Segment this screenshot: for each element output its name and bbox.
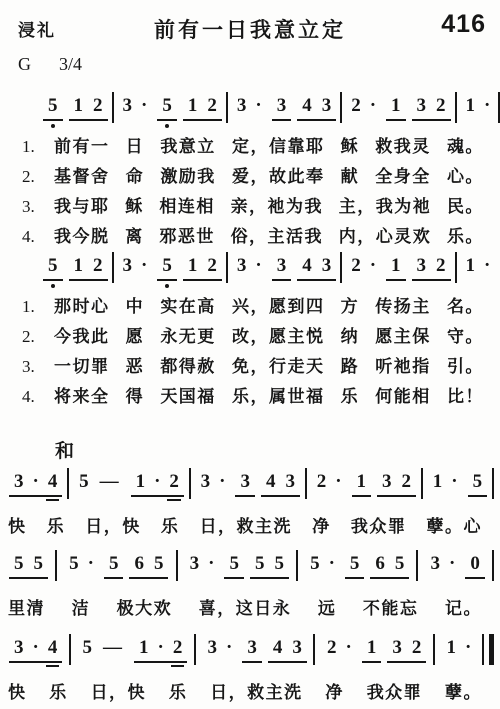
page-title: 前有一日我意立定 (0, 10, 500, 44)
note-group: 5 (104, 552, 124, 579)
note: 5 (43, 254, 63, 277)
hymn-number: 416 (441, 10, 486, 39)
note: 1 (461, 254, 481, 277)
note: 1 (461, 94, 481, 117)
verse-lyrics: 一切罪恶都得赦免，行走天路听祂指引。 (54, 352, 484, 377)
barline (421, 468, 423, 499)
barline (313, 634, 315, 665)
note-group: 1·2 (131, 470, 184, 497)
note: 3 (185, 552, 205, 575)
note: 4 (261, 470, 281, 493)
note: 1 (362, 636, 382, 659)
note: 2 (431, 254, 451, 277)
lyric-segment: 改，愿主悦 (232, 322, 325, 347)
chorus-label: 和 (0, 436, 500, 462)
note: 5 (64, 552, 84, 575)
note-group: 3 (235, 470, 255, 497)
note-group: 55 (250, 552, 289, 579)
verse-row: 4.我今脱离邪恶世俗，主活我内，心灵欢乐。 (0, 222, 500, 252)
lyric-segment: 相连相 (159, 192, 215, 217)
verse-lyrics: 将来全得天国福乐，属世福乐何能相比！ (54, 382, 484, 407)
verse-number: 1. (22, 297, 54, 317)
verse-lyrics: 前有一日我意立定，信靠耶稣救我灵魂。 (54, 132, 484, 157)
note-group: 3· (232, 94, 266, 117)
note-group: 1 (362, 636, 382, 663)
note: 2 (164, 470, 184, 493)
verse-block: 1.前有一日我意立定，信靠耶稣救我灵魂。2.基督舍命激励我爱，故此奉献全身全心。… (0, 132, 500, 252)
note: 2 (88, 254, 108, 277)
note: 1 (134, 636, 154, 659)
note-group: 12 (183, 94, 222, 121)
measure: 3·0 (423, 550, 488, 579)
note-group: 3· (118, 254, 152, 277)
lyric-segment: 救我灵 (375, 132, 431, 157)
lyric-segment: 日 (126, 132, 145, 157)
lyric-segment: 孽。 (445, 678, 482, 703)
note-group: 32 (387, 636, 426, 663)
note-group: 1 (352, 470, 372, 497)
chorus-lyric-row: 里清洁极大欢喜，这日永远不能忘记。 (0, 594, 500, 624)
lyric-segment: 天国福 (160, 382, 216, 407)
lyric-segment: 我意立 (160, 132, 216, 157)
lyric-segment: 定，信靠耶 (232, 132, 325, 157)
measure: 3·343 (229, 252, 339, 281)
note-group: 1· (461, 254, 495, 277)
note-group: 32 (377, 470, 416, 497)
note: 4 (43, 470, 63, 493)
note: 2 (407, 636, 427, 659)
lyric-segment: 心。 (447, 162, 484, 187)
note: 4 (297, 254, 317, 277)
duration-dot: · (331, 470, 345, 493)
duration-dot: · (150, 470, 164, 493)
lyric-segment: 乐 (169, 678, 188, 703)
duration-dot: · (137, 254, 151, 277)
duration-dash: — (94, 470, 125, 493)
note-group: 3· (196, 470, 230, 493)
duration-dot: · (222, 636, 236, 659)
measure: 2·132 (309, 468, 419, 497)
note-group: 3 (272, 94, 292, 121)
lyric-segment: 日，救主洗 (200, 512, 293, 537)
note: 3 (412, 94, 432, 117)
note: 5 (468, 470, 488, 493)
note: 1 (183, 94, 203, 117)
note-group: 12 (69, 94, 108, 121)
barline (112, 92, 114, 123)
note: 4 (297, 94, 317, 117)
sixteenth-underline (171, 665, 185, 667)
lyric-segment: 离 (125, 222, 144, 247)
verse-lyrics: 我今脱离邪恶世俗，主活我内，心灵欢乐。 (54, 222, 484, 247)
note: 3 (232, 94, 252, 117)
duration-dot: · (325, 552, 339, 575)
lyric-segment: 民。 (447, 192, 484, 217)
lyric-segment: 里清 (8, 594, 45, 619)
duration-dot: · (29, 470, 43, 493)
barline (296, 550, 298, 581)
note: 3 (118, 254, 138, 277)
note: 4 (43, 636, 63, 659)
lyric-segment: 传扬主 (375, 292, 431, 317)
note: 4 (268, 636, 288, 659)
measure: 3·343 (229, 92, 339, 121)
note: 2 (397, 470, 417, 493)
note-group: 32 (412, 254, 451, 281)
note-group: 5 (157, 94, 177, 121)
final-barline (481, 634, 495, 665)
note-group: 1 (386, 254, 406, 281)
duration-dot: · (84, 552, 98, 575)
lyric-segment: 兴，愿到四 (232, 292, 325, 317)
music-line: 555·5653·5555·5653·0 (0, 550, 500, 594)
lyric-segment: 乐 (161, 512, 180, 537)
note: 5 (104, 552, 124, 575)
note-group: 1·2 (134, 636, 187, 663)
lyric-segment: 纳 (341, 322, 360, 347)
note: 2 (312, 470, 332, 493)
lyric-segment: 何能相 (375, 382, 431, 407)
lyric-segment: 我与耶 (54, 192, 110, 217)
note-group: 5 (345, 552, 365, 579)
duration-dot: · (251, 254, 265, 277)
lyric-segment: 将来全 (54, 382, 110, 407)
note: 3 (426, 552, 446, 575)
lyric-segment: 喜，这日永 (199, 594, 292, 619)
note: 6 (370, 552, 390, 575)
duration-dot: · (366, 94, 380, 117)
note: 1 (352, 470, 372, 493)
verse-number: 2. (22, 327, 54, 347)
note: 2 (88, 94, 108, 117)
note-group: 0 (465, 552, 485, 579)
note: 5 (43, 94, 63, 117)
note: 5 (345, 552, 365, 575)
chorus-lyric-row: 快乐日，快乐日，救主洗净我众罪孽。 (0, 678, 500, 708)
note: 3 (412, 254, 432, 277)
barline (176, 550, 178, 581)
lyric-segment: 亲，祂为我 (231, 192, 324, 217)
measure: 2·132 (343, 252, 453, 281)
lyric-segment: 一切罪 (54, 352, 110, 377)
lyric-segment: 引。 (447, 352, 484, 377)
hymn-sheet: 浸礼 前有一日我意立定 416 G3/4 5123·5123·3432·1321… (0, 0, 500, 709)
measure: 3·343 (193, 468, 303, 497)
note: 5 (224, 552, 244, 575)
note: 1 (428, 470, 448, 493)
measure: 3·4 (6, 468, 65, 497)
duration-dot: · (29, 636, 43, 659)
note-group: 3· (426, 552, 460, 575)
note-group: 5— (78, 636, 129, 659)
note-group: 3· (118, 94, 152, 117)
note-group: 2· (346, 94, 380, 117)
measure: 1· (458, 92, 498, 117)
note: 2 (431, 94, 451, 117)
note-group: 5 (224, 552, 244, 579)
note-group: 3· (185, 552, 219, 575)
barline (492, 468, 494, 499)
note-group: 1· (442, 636, 476, 659)
low-octave-dot (51, 124, 55, 128)
low-octave-dot (51, 284, 55, 288)
barline-thin (482, 634, 484, 665)
measure: 5—1·2 (71, 468, 187, 497)
note-group: 5— (74, 470, 125, 493)
time-signature: 3/4 (59, 54, 82, 74)
duration-dot: · (366, 254, 380, 277)
verse-row: 2.基督舍命激励我爱，故此奉献全身全心。 (0, 162, 500, 192)
lyric-segment: 我今脱 (54, 222, 110, 247)
note-group: 12 (183, 254, 222, 281)
measure: 3·512 (115, 252, 225, 281)
duration-dot: · (342, 636, 356, 659)
note-group: 43 (297, 94, 336, 121)
barline (455, 252, 457, 283)
sixteenth-underline (46, 499, 60, 501)
verse-row: 3.我与耶稣相连相亲，祂为我主，我为祂民。 (0, 192, 500, 222)
note: 3 (203, 636, 223, 659)
measure: 1· (439, 634, 479, 659)
verse-number: 2. (22, 167, 54, 187)
lyric-segment: 稣 (341, 132, 360, 157)
barline (416, 550, 418, 581)
note: 3 (235, 470, 255, 493)
lyric-segment: 乐 (47, 512, 66, 537)
lyric-segment: 净 (325, 678, 344, 703)
note: 3 (242, 636, 262, 659)
barline (226, 252, 228, 283)
note-group: 3·4 (9, 636, 62, 663)
lyric-segment: 前有一 (54, 132, 110, 157)
note: 3 (317, 254, 337, 277)
lyric-segment: 乐。 (447, 222, 484, 247)
measure: 512 (40, 252, 111, 281)
duration-dot: · (137, 94, 151, 117)
note-group: 43 (261, 470, 300, 497)
note-group: 5· (64, 552, 98, 575)
lyric-segment: 比！ (447, 382, 484, 407)
note: 5 (78, 636, 98, 659)
lyric-segment: 听祂指 (375, 352, 431, 377)
note: 1 (386, 254, 406, 277)
duration-dot: · (251, 94, 265, 117)
sixteenth-underline (46, 665, 60, 667)
verse-lyrics: 我与耶稣相连相亲，祂为我主，我为祂民。 (54, 192, 484, 217)
lyric-segment: 名。 (447, 292, 484, 317)
note: 3 (287, 636, 307, 659)
lyric-segment: 我众罪 (367, 678, 423, 703)
lyric-segment: 恶 (126, 352, 145, 377)
note-group: 32 (412, 94, 451, 121)
note-group: 65 (129, 552, 168, 579)
verse-row: 3.一切罪恶都得赦免，行走天路听祂指引。 (0, 352, 500, 382)
lyric-segment: 洁 (72, 594, 91, 619)
lyric-segment: 今我此 (54, 322, 110, 347)
note-group: 5 (157, 254, 177, 281)
note-group: 12 (69, 254, 108, 281)
duration-dot: · (461, 636, 475, 659)
barline (340, 92, 342, 123)
measure: 3·343 (200, 634, 310, 663)
note: 5 (269, 552, 289, 575)
lyric-segment: 我众罪 (351, 512, 407, 537)
lyric-segment: 不能忘 (363, 594, 419, 619)
note: 5 (29, 552, 49, 575)
duration-dot: · (447, 470, 461, 493)
measure: 512 (40, 92, 111, 121)
note: 3 (9, 636, 29, 659)
note: 5 (250, 552, 270, 575)
music-line: 5123·5123·3432·1321· (0, 92, 500, 132)
lyric-segment: 快 (8, 512, 27, 537)
verse-number: 1. (22, 137, 54, 157)
header: 浸礼 前有一日我意立定 416 (0, 10, 500, 46)
note: 5 (305, 552, 325, 575)
lyric-segment: 那时心 (54, 292, 110, 317)
verse-number: 3. (22, 357, 54, 377)
duration-dot: · (215, 470, 229, 493)
note: 3 (118, 94, 138, 117)
note-group: 5 (43, 94, 63, 121)
measure: 2·132 (319, 634, 429, 663)
lyric-segment: 永无更 (160, 322, 216, 347)
note: 2 (322, 636, 342, 659)
note: 2 (168, 636, 188, 659)
note-group: 3· (203, 636, 237, 659)
lyric-segment: 免，行走天 (232, 352, 325, 377)
lyric-segment: 极大欢 (117, 594, 173, 619)
lyric-segment: 邪恶世 (159, 222, 215, 247)
category-label: 浸礼 (18, 16, 56, 41)
lyric-segment: 愿主保 (375, 322, 431, 347)
measure: 5—1·2 (75, 634, 191, 663)
note-group: 2· (312, 470, 346, 493)
lyric-segment: 乐，属世福 (232, 382, 325, 407)
lyric-segment: 快 (8, 678, 27, 703)
lyric-segment: 日，快 (85, 512, 141, 537)
note-group: 43 (268, 636, 307, 663)
barline (340, 252, 342, 283)
measure: 2·132 (343, 92, 453, 121)
note-group: 3 (272, 254, 292, 281)
barline (433, 634, 435, 665)
note: 2 (202, 254, 222, 277)
lyric-segment: 日，快 (91, 678, 147, 703)
key-time-line: G3/4 (0, 54, 500, 78)
sixteenth-underline (167, 499, 181, 501)
note: 1 (386, 94, 406, 117)
music-line: 5123·5123·3432·1321·0 (0, 252, 500, 292)
lyric-segment: 基督舍 (54, 162, 110, 187)
lyric-segment: 内，心灵欢 (339, 222, 432, 247)
note-group: 43 (297, 254, 336, 281)
measure: 1·5 (425, 468, 490, 497)
verse-row: 4.将来全得天国福乐，属世福乐何能相比！ (0, 382, 500, 412)
barline (67, 468, 69, 499)
measure: 5·565 (61, 550, 171, 579)
note: 2 (202, 94, 222, 117)
lyric-segment: 日，救主洗 (210, 678, 303, 703)
lyric-segment: 路 (341, 352, 360, 377)
lyric-segment: 爱，故此奉 (232, 162, 325, 187)
lyric-segment: 记。 (445, 594, 482, 619)
lyric-segment: 献 (341, 162, 360, 187)
barline (69, 634, 71, 665)
note: 2 (346, 94, 366, 117)
note-group: 55 (9, 552, 48, 579)
note-group: 1· (428, 470, 462, 493)
lyric-segment: 乐 (341, 382, 360, 407)
verse-number: 4. (22, 387, 54, 407)
lyric-segment: 得 (126, 382, 145, 407)
barline (112, 252, 114, 283)
note: 5 (157, 94, 177, 117)
lyric-segment: 稣 (125, 192, 144, 217)
note-group: 3 (242, 636, 262, 663)
lyric-segment: 愿 (126, 322, 145, 347)
note: 3 (317, 94, 337, 117)
note: 1 (69, 254, 89, 277)
duration-dot: · (154, 636, 168, 659)
verse-number: 3. (22, 197, 54, 217)
note: 5 (149, 552, 169, 575)
note: 3 (272, 94, 292, 117)
note-group: 65 (370, 552, 409, 579)
lyric-segment: 孽。心 (426, 512, 482, 537)
lyric-segment: 实在高 (160, 292, 216, 317)
note: 5 (390, 552, 410, 575)
note: 3 (232, 254, 252, 277)
note-group: 3·4 (9, 470, 62, 497)
measure: 3·555 (182, 550, 292, 579)
note: 3 (9, 470, 29, 493)
measure: 3·512 (115, 92, 225, 121)
lyric-segment: 命 (126, 162, 145, 187)
verse-row: 1.前有一日我意立定，信靠耶稣救我灵魂。 (0, 132, 500, 162)
lyric-segment: 乐 (49, 678, 68, 703)
duration-dot: · (204, 552, 218, 575)
note: 5 (9, 552, 29, 575)
note: 1 (442, 636, 462, 659)
lyric-segment: 守。 (447, 322, 484, 347)
measure: 3·4 (6, 634, 65, 663)
verse-lyrics: 基督舍命激励我爱，故此奉献全身全心。 (54, 162, 484, 187)
barline (189, 468, 191, 499)
barline (305, 468, 307, 499)
lyric-segment: 激励我 (160, 162, 216, 187)
barline (55, 550, 57, 581)
lyric-segment: 全身全 (375, 162, 431, 187)
lyric-segment: 净 (312, 512, 331, 537)
lyric-segment: 远 (318, 594, 337, 619)
note: 1 (69, 94, 89, 117)
low-octave-dot (165, 124, 169, 128)
note: 1 (131, 470, 151, 493)
note-group: 2· (346, 254, 380, 277)
duration-dot: · (480, 94, 494, 117)
note: 0 (465, 552, 485, 575)
verse-block: 1.那时心中实在高兴，愿到四方传扬主名。2.今我此愿永无更改，愿主悦纳愿主保守。… (0, 292, 500, 412)
duration-dash: — (97, 636, 128, 659)
verse-row: 2.今我此愿永无更改，愿主悦纳愿主保守。 (0, 322, 500, 352)
note: 5 (157, 254, 177, 277)
low-octave-dot (165, 284, 169, 288)
note-group: 5· (305, 552, 339, 575)
key-signature: G (18, 54, 31, 74)
duration-dot: · (445, 552, 459, 575)
note-group: 5 (468, 470, 488, 497)
